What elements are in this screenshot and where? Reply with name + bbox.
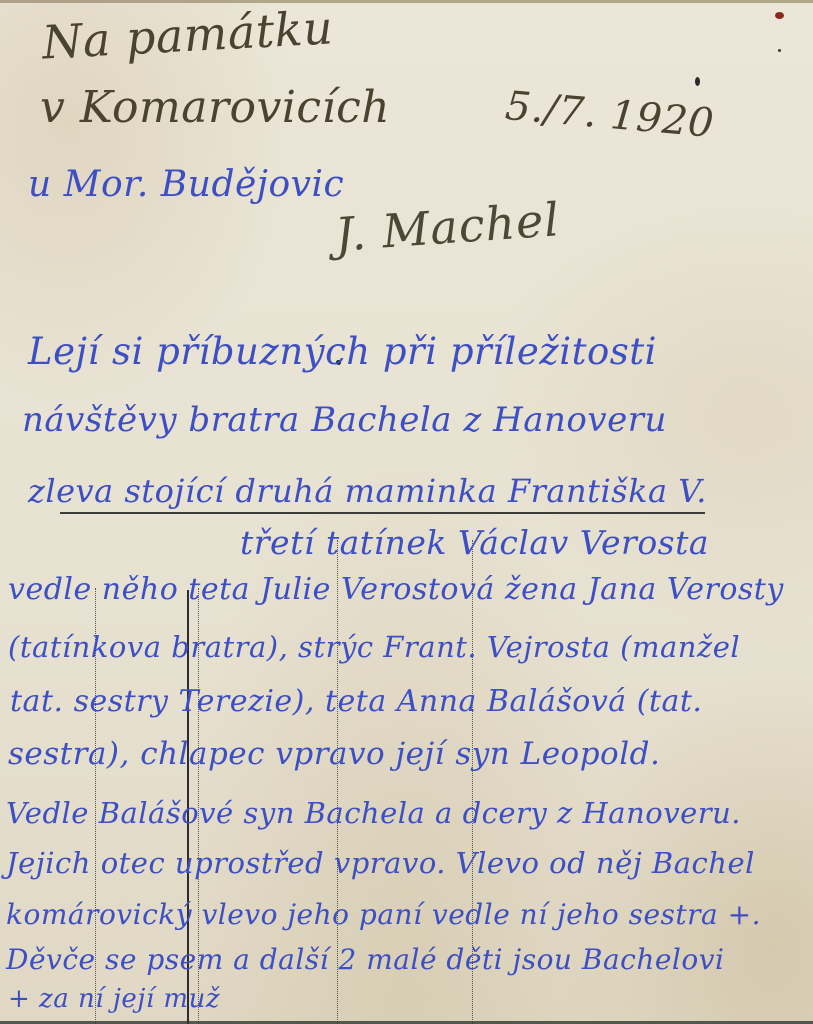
body-line-7: tat. sestry Terezie), teta Anna Balášová…: [10, 684, 702, 719]
header-date: 5./7. 1920: [503, 83, 716, 147]
body-line-2: návštěvy bratra Bachela z Hanoveru: [22, 400, 667, 440]
body-line-12: Děvče se psem a další 2 malé děti jsou B…: [6, 943, 725, 976]
top-edge: [0, 0, 813, 3]
horizontal-rule: [60, 512, 705, 514]
body-line-5: vedle něho teta Julie Verostová žena Jan…: [8, 572, 784, 607]
body-line-6: (tatínkova bratra), strýc Frant. Vejrost…: [8, 630, 740, 664]
red-spot: [775, 12, 784, 19]
body-line-1: Lejí si příbuzných při příležitosti: [28, 330, 657, 373]
body-line-13: + za ní její muž: [8, 984, 220, 1014]
postcard-back: Na památku v Komarovicích 5./7. 1920 u M…: [0, 0, 813, 1024]
header-place: v Komarovicích: [40, 82, 390, 133]
header-line-1: Na památku: [41, 0, 335, 69]
body-line-3: zleva stojící druhá maminka Františka V.: [28, 472, 707, 510]
body-line-4: třetí tatínek Václav Verosta: [240, 523, 709, 562]
body-line-11: komárovický vlevo jeho paní vedle ní jeh…: [6, 898, 761, 931]
ink-spot-small: [778, 49, 781, 52]
signature: J. Machel: [333, 192, 561, 262]
header-location: u Mor. Budějovic: [28, 164, 344, 205]
body-line-10: Jejich otec uprostřed vpravo. Vlevo od n…: [6, 846, 755, 880]
body-line-8: sestra), chlapec vpravo její syn Leopold…: [8, 736, 660, 772]
ink-spot: [695, 77, 700, 86]
body-line-9: Vedle Balášové syn Bachela a dcery z Han…: [6, 796, 741, 830]
